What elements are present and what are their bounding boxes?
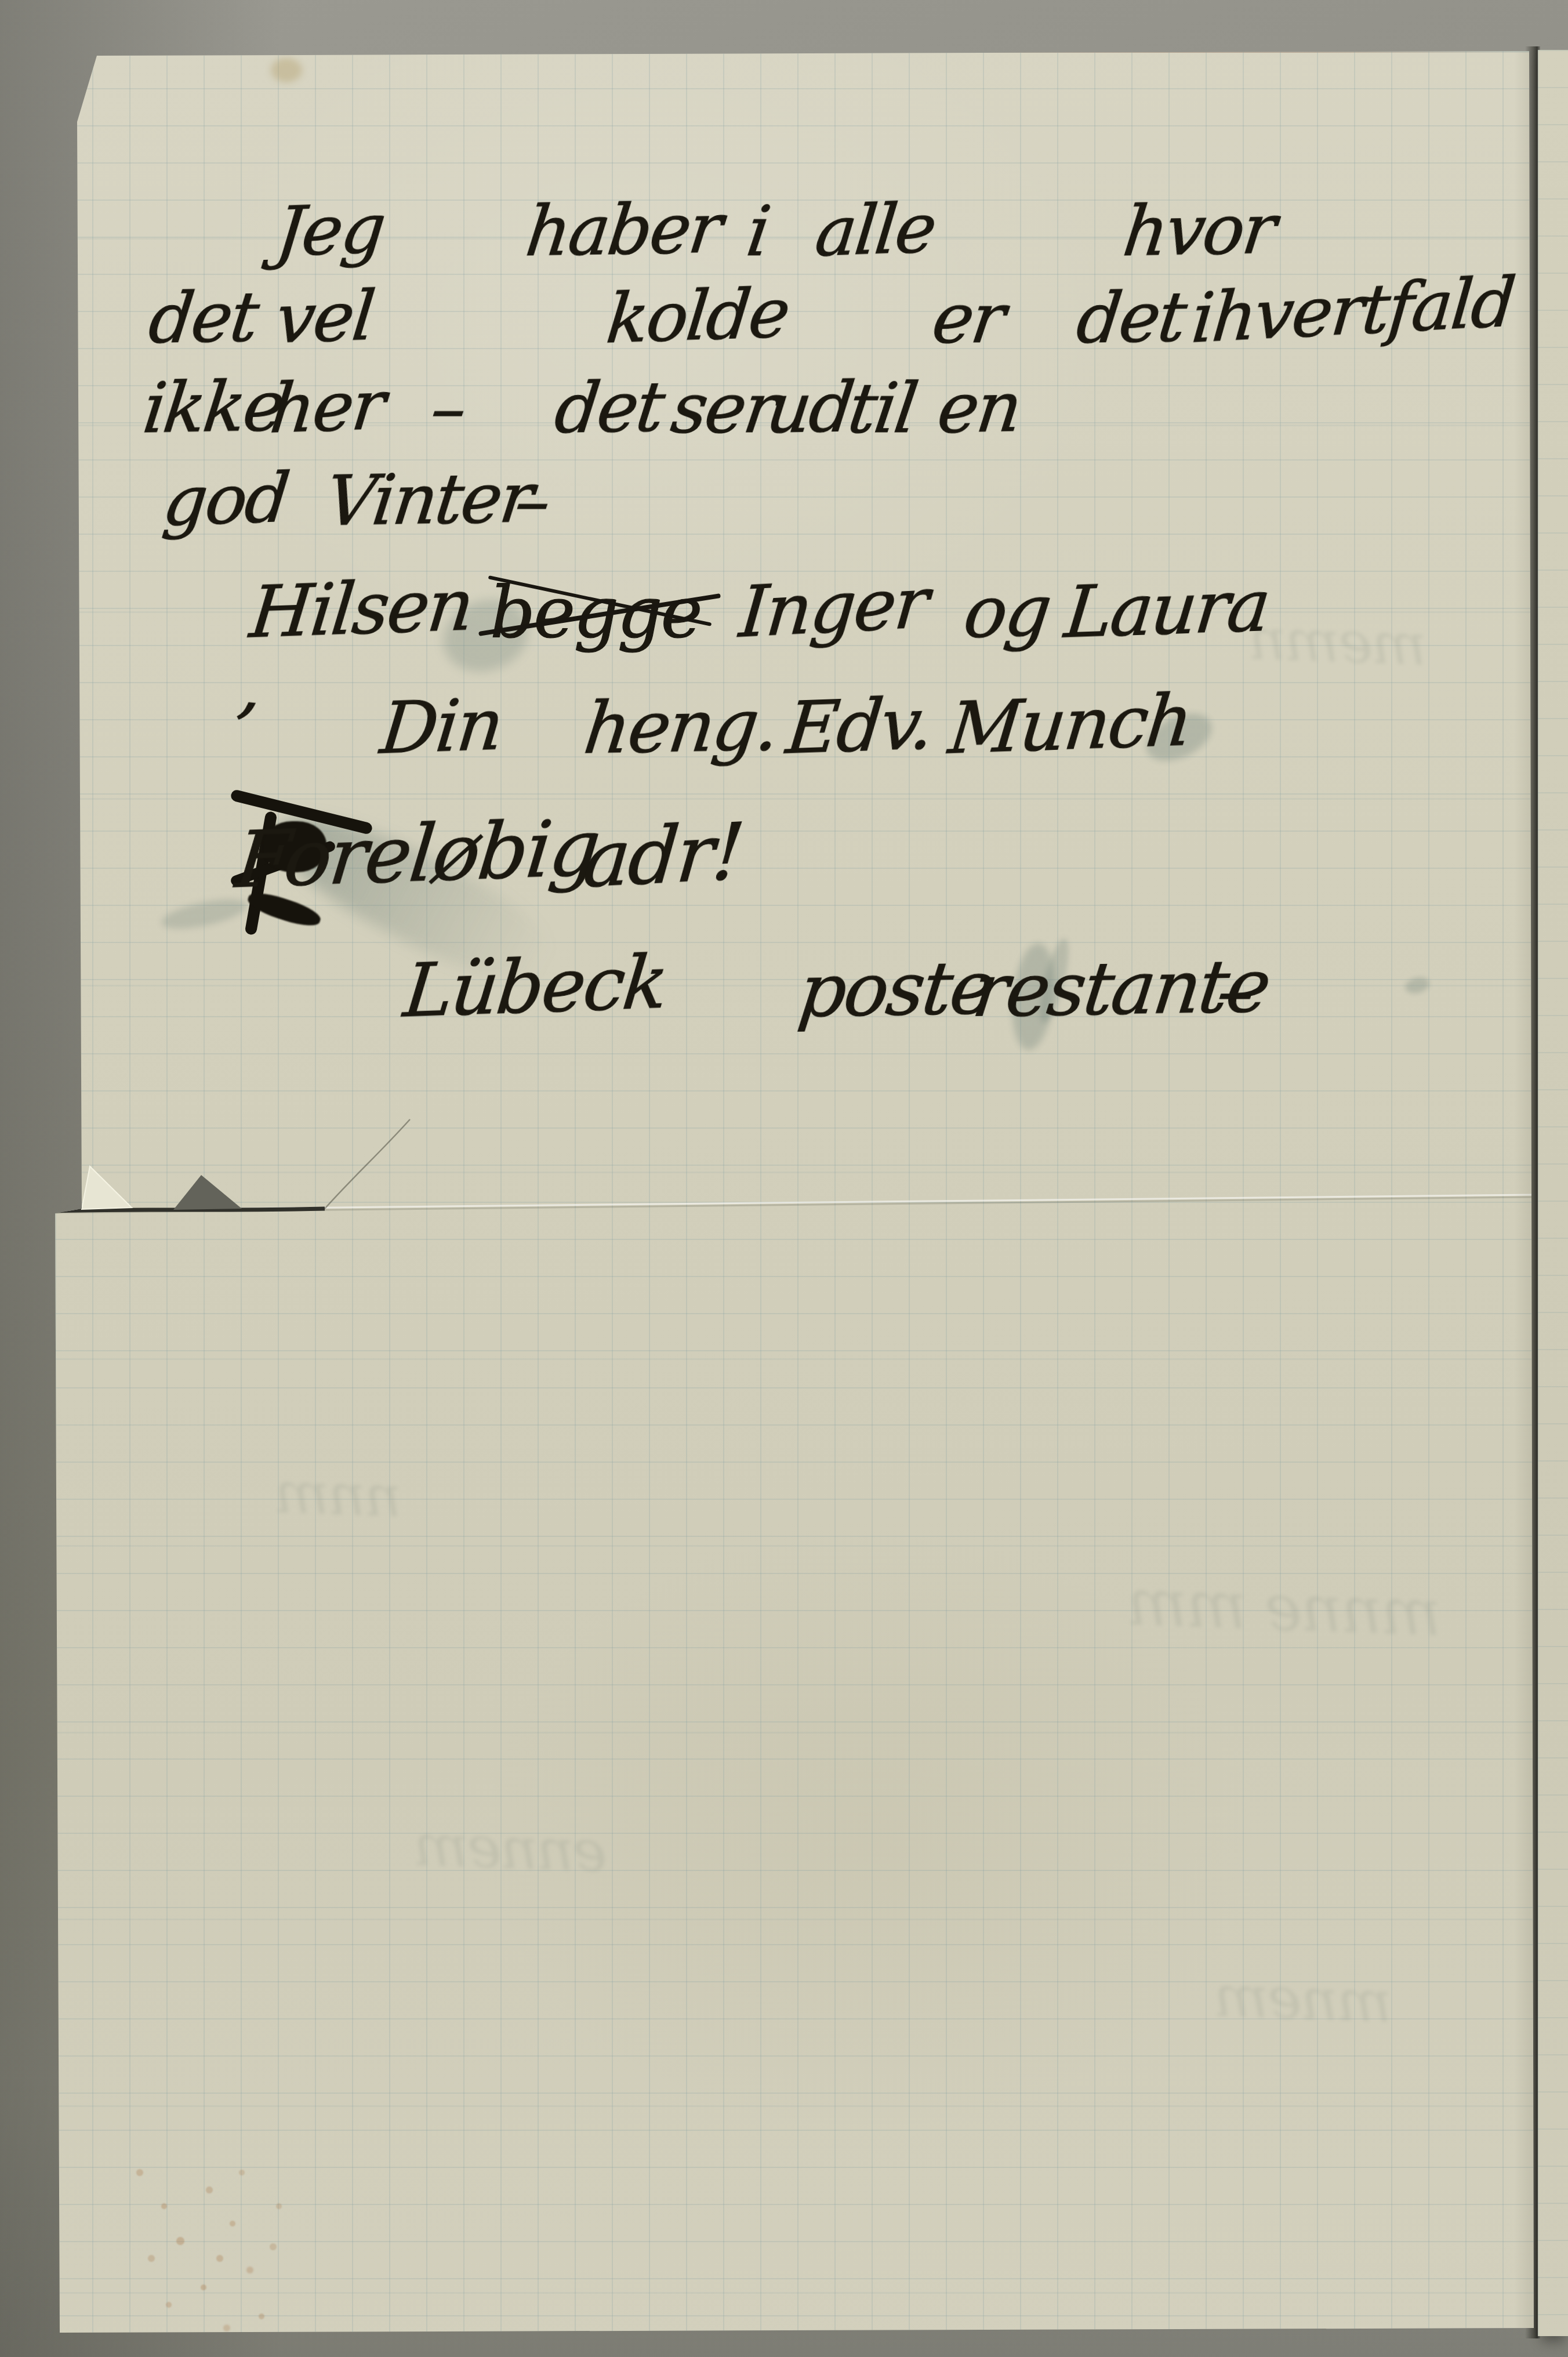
handwritten-word: alle [812,187,939,271]
handwritten-word: ud [763,367,857,448]
paper-stain [271,58,302,82]
handwritten-word: ikke [139,366,288,448]
handwritten-word: vel [273,275,378,358]
handwritten-word: til [844,368,921,448]
handwritten-word: kolde [603,272,793,358]
handwritten-word: Hilsen [246,564,476,654]
handwritten-word: Munch [945,679,1195,770]
handwritten-word: poste [794,945,997,1034]
bleedthrough-word: mnem [1214,1962,1393,2036]
foxing-spots [125,2151,129,2155]
letter-page: mnne mmennemmnemnnmmemn J [55,51,1534,2333]
handwritten-word: og [960,570,1054,654]
handwritten-word: heng. [580,684,782,770]
second-sheet-edge [1538,50,1568,2336]
handwritten-word: Foreløbig [232,802,603,905]
handwritten-word: adr! [580,807,746,905]
photograph-background: mnne mmennemmnemnnmmemn J [0,0,1568,2357]
handwritten-word: god [159,457,292,541]
handwritten-word: Vinter [322,458,536,541]
handwritten-word: begge [490,571,701,654]
handwritten-word: her [267,364,388,448]
handwritten-word: Din [377,683,506,770]
handwritten-word: Edv. [783,682,936,770]
handwritten-word: hvor [1119,189,1279,271]
handwritten-word: det [551,367,667,448]
handwritten-word: haber [522,188,725,271]
bleedthrough-word: mnne mm [1127,1565,1443,1651]
handwritten-word: Laura [1061,564,1273,654]
handwritten-word: Jeg [273,188,388,271]
handwritten-word: det [145,277,262,358]
bleedthrough-word: memn [1248,605,1428,679]
grid-ruling [1538,50,1568,2336]
handwritten-word: en [934,367,1025,448]
handwritten-word: det [1073,277,1189,358]
bleedthrough-word: nnm [274,1458,403,1531]
handwritten-word: Lübeck [400,939,670,1034]
handwritten-word: er [928,278,1009,358]
bleedthrough-word: ennem [413,1811,608,1885]
handwritten-word: Inger [736,561,931,654]
